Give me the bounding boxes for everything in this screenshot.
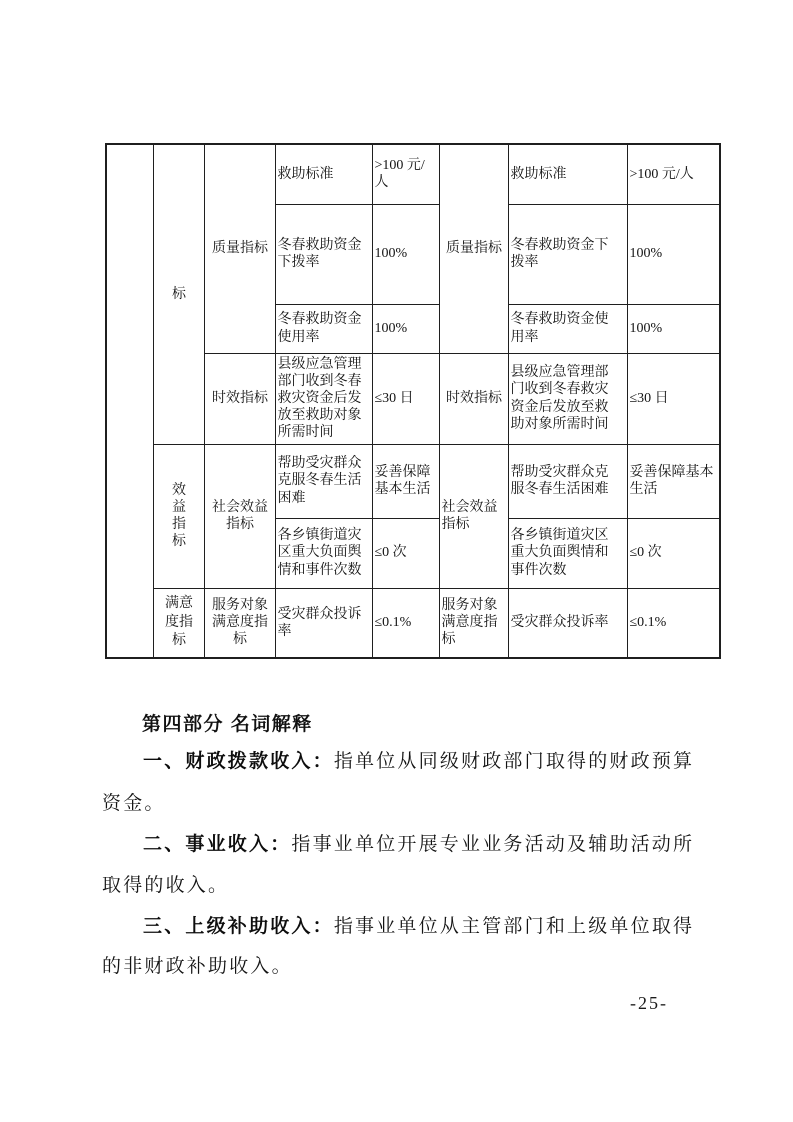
indicator-name-cell: 受灾群众投诉率 <box>508 588 627 658</box>
indicator-name-cell: 冬春救助资金使 用率 <box>508 304 627 353</box>
glossary-item-line: 一、财政拨款收入：指单位从同级财政部门取得的财政预算 <box>143 746 694 773</box>
indicator-value-cell: ≤0.1% <box>627 588 720 658</box>
table-row: 效 益 指 标 社会效益 指标 帮助受灾群众 克服冬春生活 困难 妥善保障 基本… <box>106 444 720 518</box>
satisfaction-indicator-spine-cell: 满意 度指 标 <box>153 588 204 658</box>
indicator-spine-tail-cell: 标 <box>153 144 204 444</box>
glossary-continuation-line: 资金。 <box>102 788 166 815</box>
timeliness-indicator-label-right: 时效指标 <box>439 353 508 444</box>
glossary-definition: 指事业单位从主管部门和上级单位取得 <box>334 916 694 937</box>
indicator-value-cell: >100 元/人 <box>627 144 720 204</box>
indicator-value-cell: ≤0 次 <box>627 518 720 588</box>
indicator-name-cell: 帮助受灾群众克 服冬春生活困难 <box>508 444 627 518</box>
service-satisfaction-label-left: 服务对象 满意度指 标 <box>204 588 275 658</box>
service-satisfaction-label-right: 服务对象 满意度指 标 <box>439 588 508 658</box>
social-benefit-label-right: 社会效益 指标 <box>439 444 508 588</box>
glossary-continuation-line: 的非财政补助收入。 <box>102 951 293 978</box>
timeliness-indicator-label-left: 时效指标 <box>204 353 275 444</box>
page-number: -25- <box>630 993 668 1014</box>
social-benefit-label-left: 社会效益 指标 <box>204 444 275 588</box>
indicator-value-cell: 妥善保障基本 生活 <box>627 444 720 518</box>
indicator-name-cell: 冬春救助资金下 拨率 <box>508 204 627 304</box>
glossary-continuation-line: 取得的收入。 <box>102 870 229 897</box>
indicator-name-cell: 受灾群众投诉 率 <box>275 588 372 658</box>
indicator-name-cell: 县级应急管理 部门收到冬春 救灾资金后发 放至救助对象 所需时间 <box>275 353 372 444</box>
indicator-name-cell: 各乡镇街道灾区 重大负面舆情和 事件次数 <box>508 518 627 588</box>
left-margin-cell <box>106 144 153 658</box>
quality-indicator-label-right: 质量指标 <box>439 144 508 353</box>
indicator-name-cell: 各乡镇街道灾 区重大负面舆 情和事件次数 <box>275 518 372 588</box>
glossary-term: 二、事业收入： <box>143 834 291 855</box>
indicator-value-cell: 100% <box>627 304 720 353</box>
performance-indicator-table: 标 质量指标 救助标准 >100 元/ 人 质量指标 救助标准 >100 元/人… <box>105 143 721 659</box>
indicator-name-cell: 救助标准 <box>508 144 627 204</box>
indicator-value-cell: ≤30 日 <box>372 353 439 444</box>
indicator-value-cell: ≤30 日 <box>627 353 720 444</box>
indicator-name-cell: 冬春救助资金 使用率 <box>275 304 372 353</box>
benefit-indicator-spine-cell: 效 益 指 标 <box>153 444 204 588</box>
indicator-name-cell: 帮助受灾群众 克服冬春生活 困难 <box>275 444 372 518</box>
glossary-term: 一、财政拨款收入： <box>143 751 334 772</box>
indicator-value-cell: ≤0 次 <box>372 518 439 588</box>
table-row: 标 质量指标 救助标准 >100 元/ 人 质量指标 救助标准 >100 元/人 <box>106 144 720 204</box>
table-row: 满意 度指 标 服务对象 满意度指 标 受灾群众投诉 率 ≤0.1% 服务对象 … <box>106 588 720 658</box>
glossary-item-line: 三、上级补助收入：指事业单位从主管部门和上级单位取得 <box>143 911 694 938</box>
glossary-definition: 指事业单位开展专业业务活动及辅助活动所 <box>291 834 694 855</box>
indicator-value-cell: 100% <box>627 204 720 304</box>
indicator-name-cell: 冬春救助资金 下拨率 <box>275 204 372 304</box>
indicator-value-cell: >100 元/ 人 <box>372 144 439 204</box>
glossary-definition: 指单位从同级财政部门取得的财政预算 <box>334 751 694 772</box>
indicator-value-cell: ≤0.1% <box>372 588 439 658</box>
indicator-name-cell: 救助标准 <box>275 144 372 204</box>
indicator-value-cell: 妥善保障 基本生活 <box>372 444 439 518</box>
indicator-name-cell: 县级应急管理部 门收到冬春救灾 资金后发放至救 助对象所需时间 <box>508 353 627 444</box>
quality-indicator-label-left: 质量指标 <box>204 144 275 353</box>
document-page: 标 质量指标 救助标准 >100 元/ 人 质量指标 救助标准 >100 元/人… <box>0 0 793 1122</box>
section-heading: 第四部分 名词解释 <box>142 709 313 736</box>
indicator-value-cell: 100% <box>372 204 439 304</box>
indicator-value-cell: 100% <box>372 304 439 353</box>
glossary-term: 三、上级补助收入： <box>143 916 334 937</box>
glossary-item-line: 二、事业收入：指事业单位开展专业业务活动及辅助活动所 <box>143 829 694 856</box>
